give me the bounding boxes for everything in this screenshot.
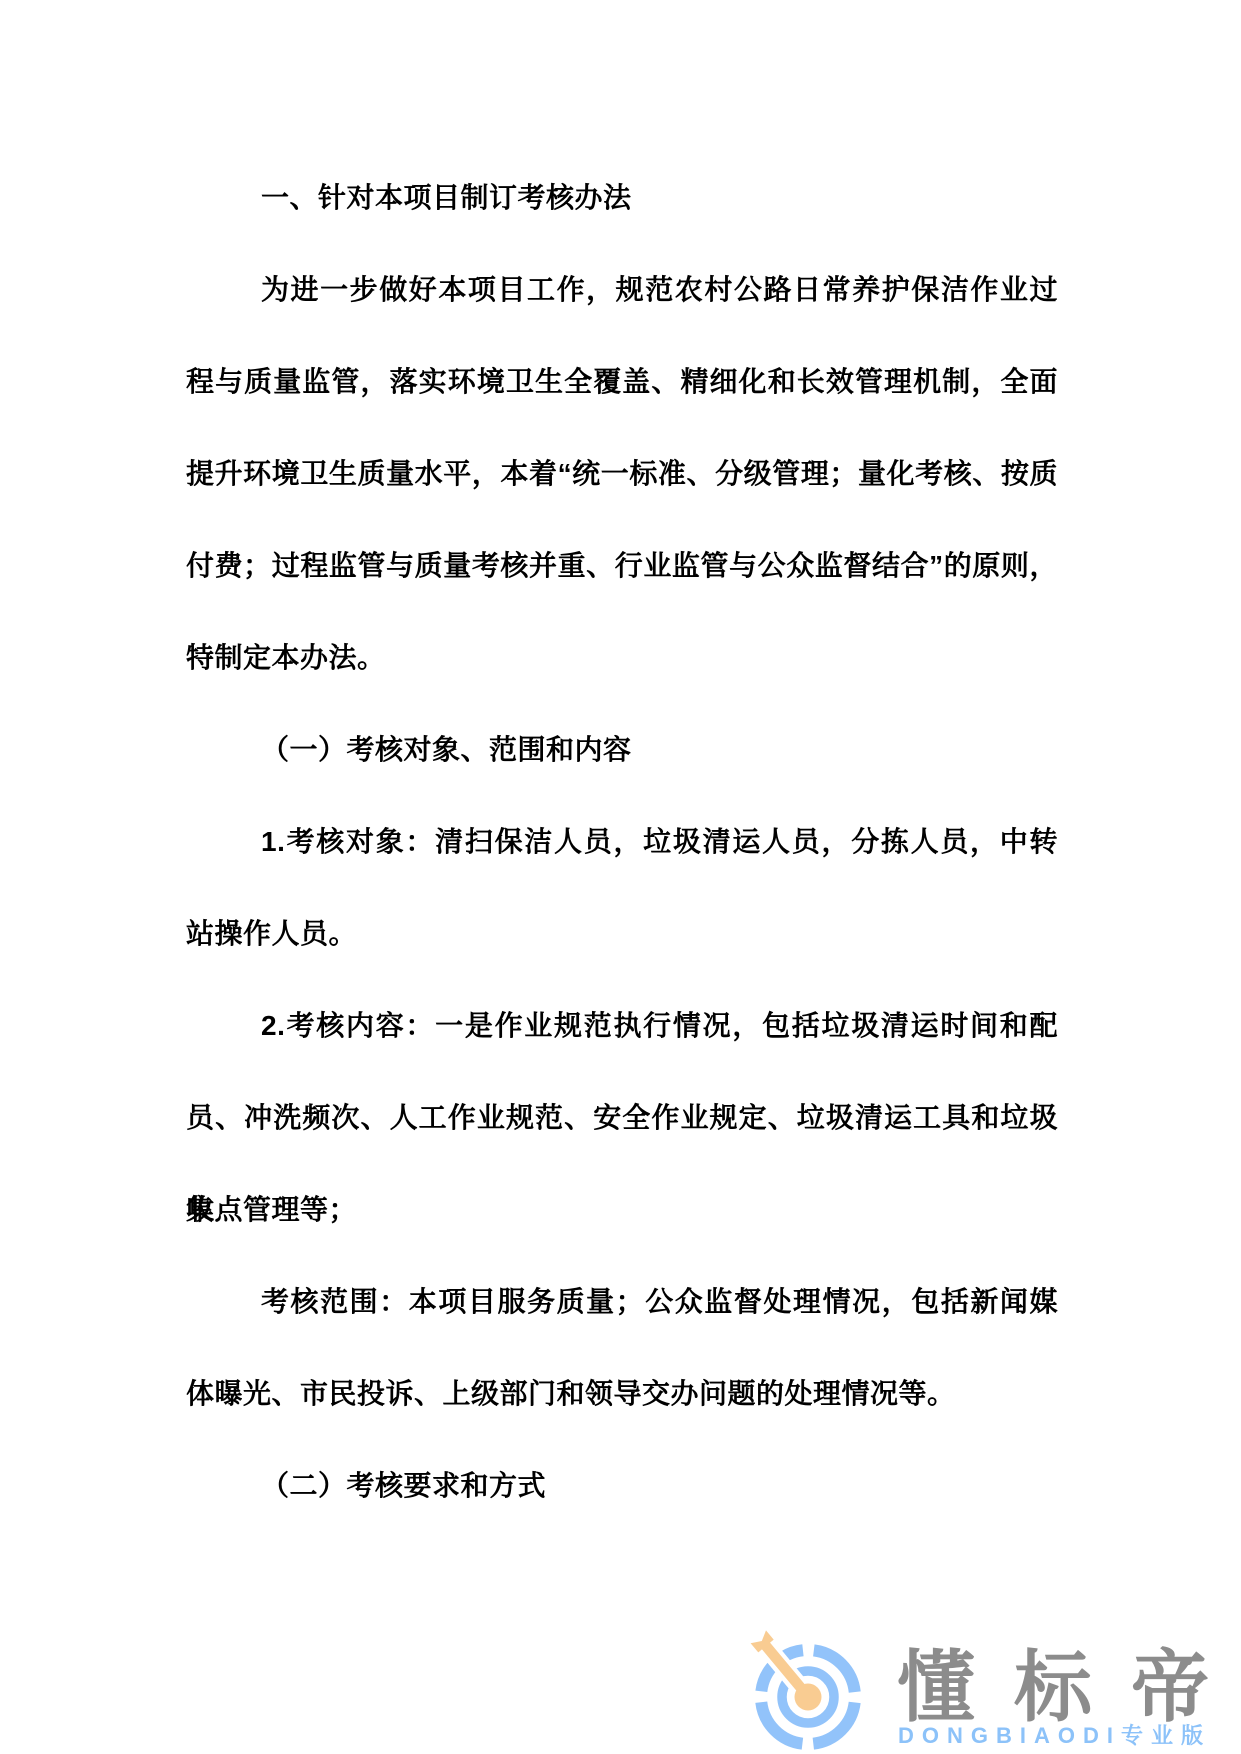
- dongbiaodi-logo-icon: [750, 1630, 870, 1754]
- watermark-brand-cn: 懂标帝: [897, 1648, 1241, 1726]
- text-line: 特制定本办法。: [186, 612, 1058, 704]
- text-line: 程与质量监管，落实环境卫生全覆盖、精细化和长效管理机制，全面: [186, 336, 1058, 428]
- text-line: 1.考核对象：清扫保洁人员，垃圾清运人员，分拣人员，中转: [186, 796, 1058, 888]
- target-center-dot: [795, 1684, 822, 1711]
- text-line: 为进一步做好本项目工作，规范农村公路日常养护保洁作业过: [186, 244, 1058, 336]
- watermark-edition: 专业版: [1121, 1723, 1211, 1748]
- watermark-brand-line: DONGBIAODI专业版: [898, 1725, 1211, 1747]
- text-line: 集点管理等；: [186, 1164, 1058, 1256]
- text-line: 体曝光、市民投诉、上级部门和领导交办问题的处理情况等。: [186, 1348, 1058, 1440]
- text-line: （二）考核要求和方式: [186, 1440, 1058, 1532]
- watermark: 懂标帝 DONGBIAODI专业版: [740, 1625, 1241, 1754]
- text-line: 员、冲洗频次、人工作业规范、安全作业规定、垃圾清运工具和垃圾收: [186, 1072, 1058, 1164]
- text-line: 提升环境卫生质量水平，本着“统一标准、分级管理；量化考核、按质: [186, 428, 1058, 520]
- text-line: 付费；过程监管与质量考核并重、行业监管与公众监督结合”的原则，: [186, 520, 1058, 612]
- document-page: 一、针对本项目制订考核办法为进一步做好本项目工作，规范农村公路日常养护保洁作业过…: [0, 0, 1241, 1754]
- text-line: （一）考核对象、范围和内容: [186, 704, 1058, 796]
- text-line: 一、针对本项目制订考核办法: [186, 152, 1058, 244]
- text-line: 2.考核内容：一是作业规范执行情况，包括垃圾清运时间和配: [186, 980, 1058, 1072]
- watermark-brand-en: DONGBIAODI: [898, 1723, 1121, 1748]
- text-line: 考核范围：本项目服务质量；公众监督处理情况，包括新闻媒: [186, 1256, 1058, 1348]
- document-body: 一、针对本项目制订考核办法为进一步做好本项目工作，规范农村公路日常养护保洁作业过…: [186, 152, 1058, 1532]
- text-line: 站操作人员。: [186, 888, 1058, 980]
